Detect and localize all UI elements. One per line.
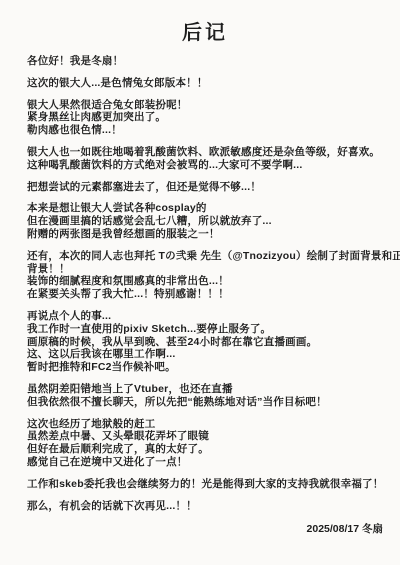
paragraph: 那么，有机会的话就下次再见...！！	[27, 500, 383, 513]
text-line: 银大人果然很适合兔女郎装扮呢！	[27, 99, 383, 112]
text-line: 虽然差点中暑、又头晕眼花弄坏了眼镜	[27, 430, 383, 443]
paragraph: 银大人果然很适合兔女郎装扮呢！紧身黑丝让肉感更加突出了。勒肉感也很色情...！	[27, 99, 383, 137]
text-line: 暂时把推特和FC2当作候补吧。	[27, 361, 383, 374]
text-line: 本来是想让银大人尝试各种cosplay的	[27, 202, 383, 215]
text-line: 附赠的两张图是我曾经想画的服装之一！	[27, 228, 383, 241]
paragraph: 这次的银大人...是色情兔女郎版本！！	[27, 77, 383, 90]
text-line: 再说点个人的事...	[27, 310, 383, 323]
text-line: 这次也经历了地狱般的赶工	[27, 418, 383, 431]
text-line: 勒肉感也很色情...！	[27, 124, 383, 137]
text-line: 但好在最后顺利完成了，真的太好了。	[27, 443, 383, 456]
text-line: 那么，有机会的话就下次再见...！！	[27, 500, 383, 513]
paragraph: 还有，本次的同人志也拜托 Tの弐乗 先生（@Tnozizyou）绘制了封面背景和…	[27, 250, 383, 301]
text-line: 这、这以后我该在哪里工作啊...	[27, 348, 383, 361]
text-line: 在紧要关头帮了我大忙...！特别感谢！！！	[27, 288, 383, 301]
paragraph: 把想尝试的元素都塞进去了，但还是觉得不够...！	[27, 181, 383, 194]
text-line: 这种喝乳酸菌饮料的方式绝对会被骂的...大家可不要学啊...	[27, 159, 383, 172]
text-line: 各位好！我是冬扇！	[27, 55, 383, 68]
afterword-body: 各位好！我是冬扇！这次的银大人...是色情兔女郎版本！！银大人果然很适合兔女郎装…	[27, 55, 383, 512]
text-line: 装饰的细腻程度和氛围感真的非常出色...！	[27, 275, 383, 288]
page-title: 后记	[27, 21, 383, 45]
text-line: 感觉自己在逆境中又进化了一点！	[27, 456, 383, 469]
signature-date: 2025/08/17 冬扇	[27, 523, 383, 536]
paragraph: 本来是想让银大人尝试各种cosplay的但在漫画里搞的话感觉会乱七八糟，所以就放…	[27, 202, 383, 240]
text-line: 紧身黑丝让肉感更加突出了。	[27, 111, 383, 124]
text-line: 但在漫画里搞的话感觉会乱七八糟，所以就放弃了...	[27, 215, 383, 228]
text-line: 画原稿的时候，我从早到晚、甚至24小时都在靠它直播画画。	[27, 336, 383, 349]
text-line: 工作和skeb委托我也会继续努力的！光是能得到大家的支持我就很幸福了！	[27, 478, 383, 491]
text-line: 虽然阴差阳错地当上了Vtuber，也还在直播	[27, 383, 383, 396]
paragraph: 这次也经历了地狱般的赶工虽然差点中暑、又头晕眼花弄坏了眼镜但好在最后顺利完成了，…	[27, 418, 383, 469]
text-line: 把想尝试的元素都塞进去了，但还是觉得不够...！	[27, 181, 383, 194]
paragraph: 各位好！我是冬扇！	[27, 55, 383, 68]
paragraph: 工作和skeb委托我也会继续努力的！光是能得到大家的支持我就很幸福了！	[27, 478, 383, 491]
text-line: 这次的银大人...是色情兔女郎版本！！	[27, 77, 383, 90]
text-line: 还有，本次的同人志也拜托 Tの弐乗 先生（@Tnozizyou）绘制了封面背景和…	[27, 250, 383, 263]
text-line: 背景！！	[27, 263, 383, 276]
text-line: 但我依然很不擅长聊天，所以先把“能熟练地对话”当作目标吧！	[27, 396, 383, 409]
afterword-page: 后记 各位好！我是冬扇！这次的银大人...是色情兔女郎版本！！银大人果然很适合兔…	[0, 0, 400, 565]
text-line: 银大人也一如既往地喝着乳酸菌饮料、欧派敏感度还是杂鱼等级，好喜欢。	[27, 146, 383, 159]
text-line: 我工作时一直使用的pixiv Sketch...要停止服务了。	[27, 323, 383, 336]
paragraph: 虽然阴差阳错地当上了Vtuber，也还在直播但我依然很不擅长聊天，所以先把“能熟…	[27, 383, 383, 409]
paragraph: 银大人也一如既往地喝着乳酸菌饮料、欧派敏感度还是杂鱼等级，好喜欢。这种喝乳酸菌饮…	[27, 146, 383, 172]
paragraph: 再说点个人的事...我工作时一直使用的pixiv Sketch...要停止服务了…	[27, 310, 383, 374]
